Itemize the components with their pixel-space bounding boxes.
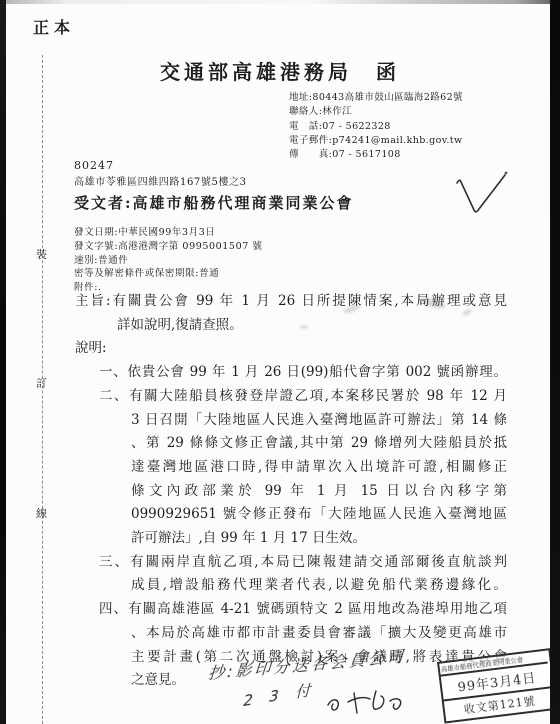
issue-date-line: 發文日期:中華民國99年3月3日 (74, 226, 263, 240)
recipient-postal-code: 80247 (74, 159, 354, 172)
reference-number-line: 發文字號:高港港灣字第 0995001507 號 (74, 240, 263, 254)
recipient-block: 80247 高雄市苓雅區四維四路167號5樓之3 受文者:高雄市船務代理商業同業… (74, 159, 354, 213)
item-1-line-1: 一、依貴公會 99 年 1 月 26 日(99)船代會字第 002 號函辦理。 (99, 361, 507, 385)
item-2-line-5: 條文內政部業於 99 年 1 月 15 日以台內移字第 (131, 480, 507, 504)
copy-type-label: 正本 (33, 15, 75, 38)
binding-mark-xian: 線 (36, 505, 47, 521)
security-class-line: 密等及解密條件或保密期限:普通 (74, 267, 263, 281)
item-4-line-2: 、本局於高雄市都市計畫委員會審議「擴大及變更高雄市 (131, 622, 507, 646)
document-title: 交通部高雄港務局 函 (0, 56, 560, 85)
binding-mark-ding: 訂 (36, 375, 47, 391)
item-2-line-6: 0990929651 號令修正發布「大陸地區人民進入臺灣地區 (131, 503, 507, 527)
document-meta-block: 發文日期:中華民國99年3月3日 發文字號:高港港灣字第 0995001507 … (74, 226, 263, 295)
receipt-stamp: 高雄市船務代理商業同業公會 99年3月4日 收文第121號 (437, 648, 558, 723)
sender-address-line: 地址:80443高雄市鼓山區臨海2路62號 (289, 91, 463, 105)
letter-body: 主旨:有關貴公會 99 年 1 月 26 日所提陳情案,本局辦理或意見 詳如說明… (75, 290, 507, 693)
sender-email-line: 電子郵件:p74241@mail.khb.gov.tw (289, 134, 463, 148)
sender-contact-person-line: 聯絡人:林作江 (289, 105, 463, 119)
item-3-line-1: 三、有關兩岸直航乙項,本局已陳報建請交通部爾後直航談判 (99, 551, 507, 575)
sender-phone-line: 電 話:07 - 5622328 (289, 120, 463, 134)
scanned-letter-page: 裝 訂 線 正本 交通部高雄港務局 函 地址:80443高雄市鼓山區臨海2路62… (0, 0, 560, 724)
scan-artifact-top-edge (0, 0, 560, 4)
item-3-line-2: 成員,增設船務代理業者代表,以避免船代業務邊緣化。 (131, 574, 507, 598)
binding-mark-zhuang: 裝 (36, 246, 47, 262)
speed-class-line: 速別:普通件 (74, 254, 263, 268)
item-4-line-1: 四、有關高雄港區 4-21 號碼頭特文 2 區用地改為港埠用地乙項 (99, 598, 507, 622)
explanation-label: 說明: (75, 337, 507, 361)
recipient-line: 受文者:高雄市船務代理商業同業公會 (74, 192, 354, 213)
scan-artifact-right-edge (550, 0, 560, 724)
handwritten-checkmark-icon (448, 166, 512, 218)
scan-artifact-left-edge (0, 0, 6, 724)
recipient-address: 高雄市苓雅區四維四路167號5樓之3 (74, 173, 354, 188)
scan-smudge (300, 325, 308, 329)
item-2-line-2: 3 日召開「大陸地區人民進入臺灣地區許可辦法」第 14 條 (131, 409, 507, 433)
item-2-line-3: 、第 29 條條文修正會議,其中第 29 條增列大陸船員於抵 (131, 432, 507, 456)
handwritten-signature-squiggle (320, 683, 416, 723)
sender-contact-block: 地址:80443高雄市鼓山區臨海2路62號 聯絡人:林作江 電 話:07 - 5… (289, 91, 463, 162)
subject-line-2: 詳如說明,復請查照。 (117, 314, 507, 338)
item-2-line-7: 許可辦法」,自 99 年 1 月 17 日生效。 (131, 527, 507, 551)
item-2-line-1: 二、有關大陸船員核發登岸證乙項,本案移民署於 98 年 12 月 (99, 385, 507, 409)
item-2-line-4: 達臺灣地區港口時,得申請單次入出境許可證,相關修正 (131, 456, 507, 480)
